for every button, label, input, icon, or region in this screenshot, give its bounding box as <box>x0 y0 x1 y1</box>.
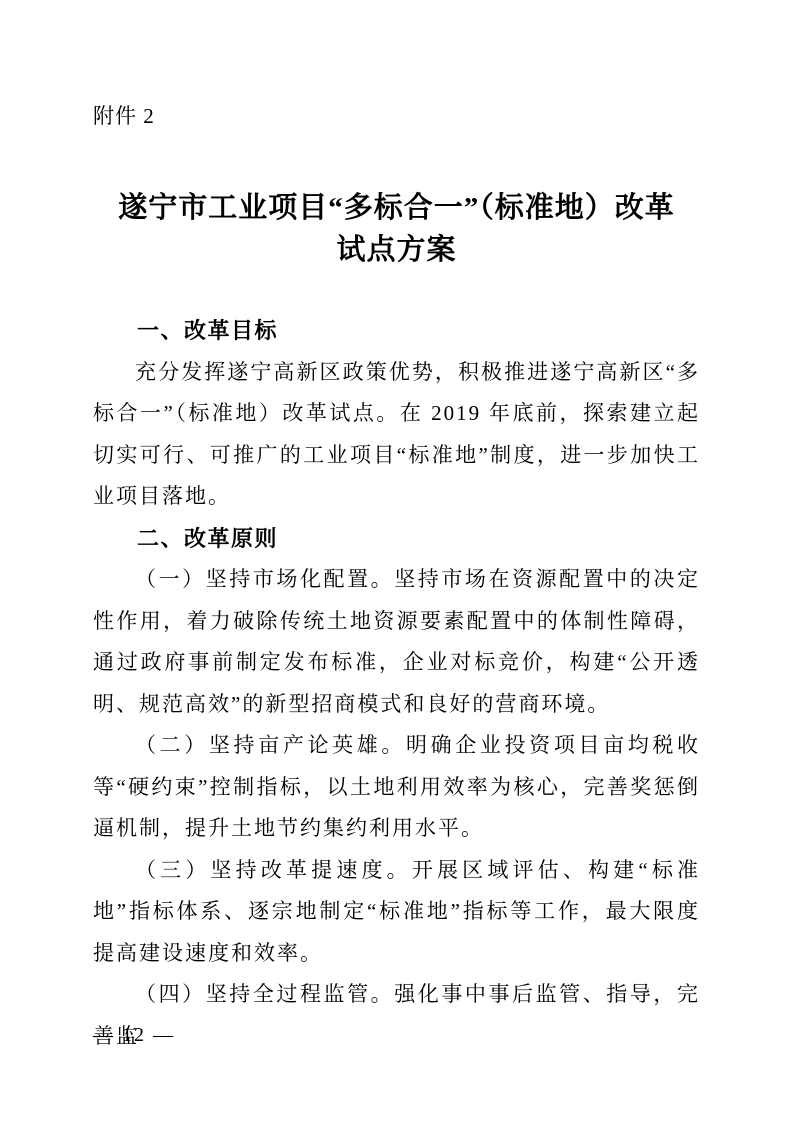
page-number: — 12 — <box>93 1022 175 1048</box>
title-line-2: 试点方案 <box>93 229 700 271</box>
attachment-label: 附件 2 <box>93 0 700 128</box>
paragraph: （四）坚持全过程监管。强化事中事后监管、指导，完善监 <box>93 974 700 1057</box>
title-line-1: 遂宁市工业项目“多标合一”（标准地）改革 <box>93 187 700 229</box>
document-body: 一、改革目标 充分发挥遂宁高新区政策优势，积极推进遂宁高新区“多标合一”（标准地… <box>93 310 700 1057</box>
paragraph: 充分发挥遂宁高新区政策优势，积极推进遂宁高新区“多标合一”（标准地）改革试点。在… <box>93 352 700 518</box>
paragraph: （二）坚持亩产论英雄。明确企业投资项目亩均税收等“硬约束”控制指标，以土地利用效… <box>93 725 700 850</box>
document-title: 遂宁市工业项目“多标合一”（标准地）改革 试点方案 <box>93 187 700 271</box>
section-heading-reform-principles: 二、改革原则 <box>93 518 700 560</box>
paragraph: （三）坚持改革提速度。开展区域评估、构建“标准地”指标体系、逐宗地制定“标准地”… <box>93 850 700 975</box>
paragraph: （一）坚持市场化配置。坚持市场在资源配置中的决定性作用，着力破除传统土地资源要素… <box>93 559 700 725</box>
document-page: 附件 2 遂宁市工业项目“多标合一”（标准地）改革 试点方案 一、改革目标 充分… <box>0 0 793 1122</box>
section-heading-reform-goals: 一、改革目标 <box>93 310 700 352</box>
